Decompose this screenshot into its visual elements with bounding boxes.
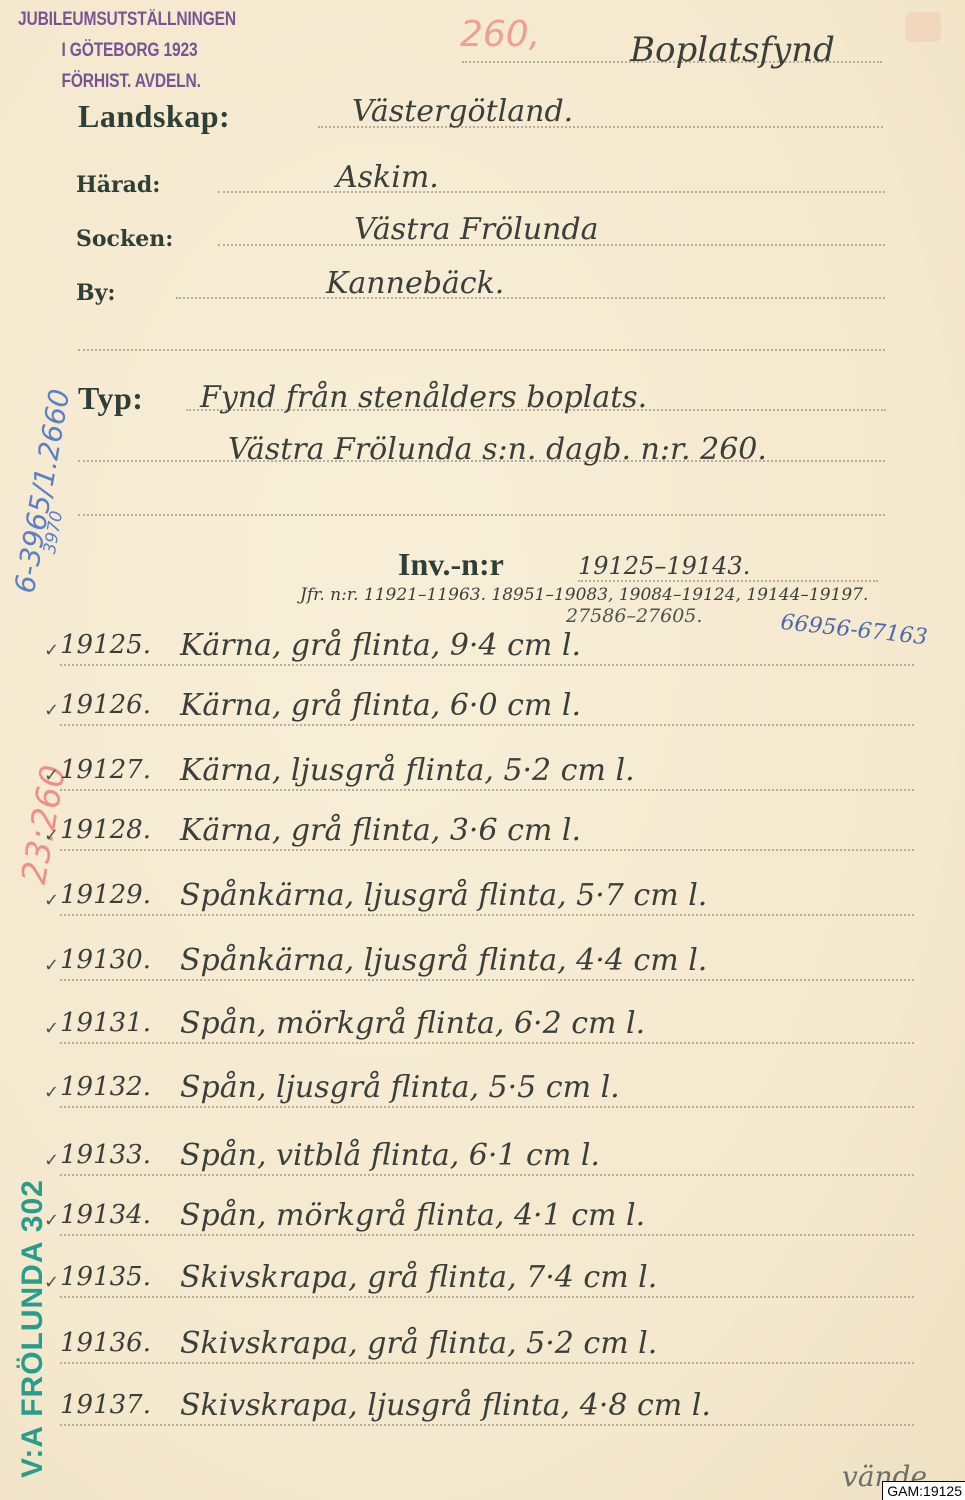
item-row: ✓ 19130. Spånkärna, ljusgrå flinta, 4·4 … (44, 945, 944, 995)
item-description: Kärna, grå flinta, 3·6 cm l. (180, 813, 581, 848)
item-description: Skivskrapa, grå flinta, 5·2 cm l. (180, 1326, 657, 1361)
row-dotted-line (60, 1234, 914, 1236)
row-dotted-line (60, 1174, 914, 1176)
item-number: 19129. (60, 880, 151, 910)
row-dotted-line (60, 1362, 914, 1364)
item-number: 19134. (60, 1200, 151, 1230)
harad-dotted-line (218, 191, 885, 193)
item-row: ✓ 19127. Kärna, ljusgrå flinta, 5·2 cm l… (44, 755, 944, 805)
checkmark-icon: ✓ (44, 825, 59, 846)
checkmark-icon: ✓ (44, 640, 59, 661)
item-row: ✓ 19133. Spån, vitblå flinta, 6·1 cm l. (44, 1140, 944, 1190)
item-row: ✓ 19135. Skivskrapa, grå flinta, 7·4 cm … (44, 1262, 944, 1312)
item-number: 19128. (60, 815, 151, 845)
row-dotted-line (60, 849, 914, 851)
item-row: ✓ 19132. Spån, ljusgrå flinta, 5·5 cm l. (44, 1072, 944, 1122)
item-number: 19135. (60, 1262, 151, 1292)
item-description: Kärna, grå flinta, 9·4 cm l. (180, 628, 581, 663)
item-row: ✓ 19131. Spån, mörkgrå flinta, 6·2 cm l. (44, 1008, 944, 1058)
row-dotted-line (60, 1296, 914, 1298)
item-description: Spånkärna, ljusgrå flinta, 4·4 cm l. (180, 943, 707, 978)
item-number: 19136. (60, 1328, 151, 1358)
checkmark-icon: ✓ (44, 1210, 59, 1231)
item-number: 19130. (60, 945, 151, 975)
by-label: By: (76, 280, 116, 306)
by-dotted-line (176, 297, 885, 299)
inventory-label: Inv.-n:r (398, 546, 504, 583)
row-dotted-line (60, 1424, 914, 1426)
row-dotted-line (60, 789, 914, 791)
item-description: Spån, mörkgrå flinta, 4·1 cm l. (180, 1198, 645, 1233)
landskap-label: Landskap: (78, 98, 230, 135)
row-dotted-line (60, 1106, 914, 1108)
blue-margin-note: 6-3965/1.2660 (8, 387, 76, 596)
item-number: 19133. (60, 1140, 151, 1170)
item-number: 19137. (60, 1390, 151, 1420)
blank-dotted-line (78, 349, 885, 351)
compare-numbers-line: Jfr. n:r. 11921–11963. 18951–19083, 1908… (300, 585, 868, 605)
inventory-dotted-line (578, 580, 878, 582)
checkmark-icon: ✓ (44, 1150, 59, 1171)
category-value: Boplatsfynd (630, 30, 835, 70)
item-description: Spånkärna, ljusgrå flinta, 5·7 cm l. (180, 878, 707, 913)
stamp-line-1: JUBILEUMSUTSTÄLLNINGEN (18, 4, 236, 35)
catalog-id-tag: GAM:19125 (882, 1481, 965, 1500)
compare-numbers-line-2: 27586–27605. (566, 605, 702, 627)
landskap-value: Västergötland. (352, 94, 573, 129)
pink-smudge-mark (905, 12, 941, 42)
item-row: 19137. Skivskrapa, ljusgrå flinta, 4·8 c… (44, 1390, 944, 1440)
harad-label: Härad: (76, 172, 160, 198)
inventory-range: 19125–19143. (578, 552, 750, 580)
item-number: 19131. (60, 1008, 151, 1038)
typ-label: Typ: (78, 380, 143, 417)
item-number: 19125. (60, 630, 151, 660)
typ-value-line-1: Fynd från stenålders boplats. (200, 380, 647, 415)
harad-value: Askim. (336, 160, 439, 195)
item-description: Spån, vitblå flinta, 6·1 cm l. (180, 1138, 600, 1173)
exhibition-stamp: JUBILEUMSUTSTÄLLNINGEN I GÖTEBORG 1923 F… (18, 4, 236, 97)
socken-label: Socken: (76, 226, 173, 252)
typ-dotted-line-3 (78, 514, 885, 516)
item-description: Kärna, grå flinta, 6·0 cm l. (180, 688, 581, 723)
checkmark-icon: ✓ (44, 1018, 59, 1039)
item-description: Spån, mörkgrå flinta, 6·2 cm l. (180, 1006, 645, 1041)
checkmark-icon: ✓ (44, 700, 59, 721)
item-description: Kärna, ljusgrå flinta, 5·2 cm l. (180, 753, 635, 788)
checkmark-icon: ✓ (44, 890, 59, 911)
row-dotted-line (60, 664, 914, 666)
checkmark-icon: ✓ (44, 955, 59, 976)
item-description: Spån, ljusgrå flinta, 5·5 cm l. (180, 1070, 620, 1105)
by-value: Kannebäck. (326, 266, 504, 301)
row-dotted-line (60, 1042, 914, 1044)
row-dotted-line (60, 724, 914, 726)
item-row: ✓ 19126. Kärna, grå flinta, 6·0 cm l. (44, 690, 944, 740)
stamp-line-2: I GÖTEBORG 1923 (18, 35, 236, 66)
red-diary-number: 260, (460, 14, 540, 55)
item-row: ✓ 19129. Spånkärna, ljusgrå flinta, 5·7 … (44, 880, 944, 930)
item-description: Skivskrapa, ljusgrå flinta, 4·8 cm l. (180, 1388, 711, 1423)
row-dotted-line (60, 914, 914, 916)
socken-value: Västra Frölunda (354, 212, 599, 247)
item-row: ✓ 19128. Kärna, grå flinta, 3·6 cm l. (44, 815, 944, 865)
stamp-line-3: FÖRHIST. AVDELN. (18, 66, 236, 97)
item-row: ✓ 19134. Spån, mörkgrå flinta, 4·1 cm l. (44, 1200, 944, 1250)
checkmark-icon: ✓ (44, 1272, 59, 1293)
catalog-card: JUBILEUMSUTSTÄLLNINGEN I GÖTEBORG 1923 F… (0, 0, 965, 1500)
item-row: ✓ 19125. Kärna, grå flinta, 9·4 cm l. (44, 630, 944, 680)
item-description: Skivskrapa, grå flinta, 7·4 cm l. (180, 1260, 657, 1295)
item-number: 19127. (60, 755, 151, 785)
item-row: 19136. Skivskrapa, grå flinta, 5·2 cm l. (44, 1328, 944, 1378)
row-dotted-line (60, 979, 914, 981)
item-number: 19126. (60, 690, 151, 720)
typ-value-line-2: Västra Frölunda s:n. dagb. n:r. 260. (228, 432, 767, 467)
item-number: 19132. (60, 1072, 151, 1102)
checkmark-icon: ✓ (44, 1082, 59, 1103)
checkmark-icon: ✓ (44, 765, 59, 786)
